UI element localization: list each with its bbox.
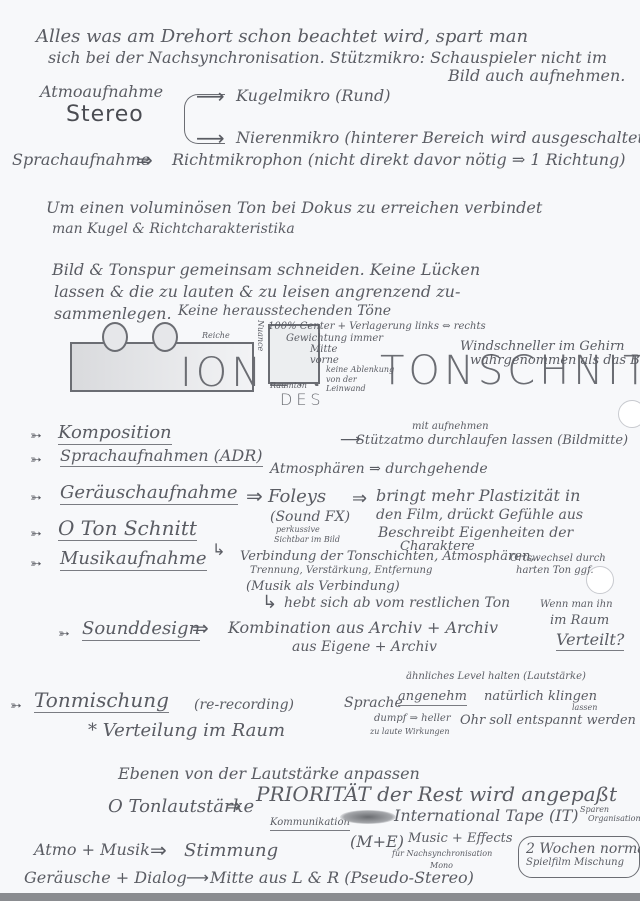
- paragraph-1-line-2: man Kugel & Richtcharakteristika: [52, 222, 295, 236]
- reiche-label: Reiche: [202, 332, 230, 340]
- for-sync-note: für Nachsynchronisation: [392, 850, 492, 858]
- connection-1: Verbindung der Tonschichten, Atmosphären…: [240, 550, 534, 563]
- no-distraction-2: von der: [326, 376, 357, 384]
- arrow-icon: ⟶: [196, 84, 225, 108]
- music-effects-note: Music + Effects: [408, 832, 513, 845]
- double-arrow-icon: ⇒: [226, 796, 241, 817]
- connection-4: hebt sich ab vom restlichen Ton: [284, 596, 510, 610]
- double-arrow-icon: ⇒: [352, 488, 367, 509]
- raumton-label: Raumton: [270, 382, 307, 390]
- no-distraction-3: Leinwand: [326, 385, 366, 393]
- noise-dialog-note: Geräusche + Dialog: [24, 870, 187, 886]
- double-arrow-icon: ⇒: [136, 148, 153, 172]
- paragraph-2-line-1: Bild & Tonspur gemeinsam schneiden. Kein…: [52, 262, 480, 278]
- stuetz-note: Stützatmo durchlaufen lassen (Bildmitte): [356, 434, 628, 447]
- pleasant-note: angenehm: [398, 690, 467, 706]
- intro-line-2: sich bei der Nachsynchronisation. Stützm…: [48, 50, 607, 66]
- foleys-label: Foleys: [268, 488, 326, 506]
- foleys-effect-3: Beschreibt Eigenheiten der: [378, 526, 573, 540]
- nuance-label: Nuance: [256, 320, 264, 351]
- atmo-option-2: Nierenmikro (hinterer Bereich wird ausge…: [236, 130, 640, 146]
- atmo-option-1: Kugelmikro (Rund): [236, 88, 390, 104]
- speech-note: Sprache: [344, 696, 403, 710]
- level-note: ähnliches Level halten (Lautstärke): [406, 672, 586, 682]
- foleys-effect-1: bringt mehr Plastizität in: [376, 488, 580, 504]
- step-marker-icon: ➳: [30, 526, 42, 542]
- sound-fx-label: (Sound FX): [270, 510, 350, 524]
- weeks-note-2: Spielfilm Mischung: [526, 858, 624, 868]
- room-question-1: Wenn man ihn: [540, 600, 613, 610]
- too-loud-note: zu laute Wirkungen: [370, 728, 450, 736]
- room-question-3: Verteilt?: [556, 632, 624, 651]
- speed-sound-1: Windschneller im Gehirn: [460, 340, 625, 353]
- international-tape-note: International Tape (IT): [394, 808, 578, 824]
- title-des: DES: [280, 390, 325, 409]
- stuetz-top-note: mit aufnehmen: [412, 422, 489, 432]
- step-o-ton-schnitt: O Ton Schnitt: [58, 518, 197, 541]
- room-question-2: im Raum: [550, 614, 609, 627]
- levels-note: Ebenen von der Lautstärke anpassen: [118, 766, 420, 782]
- step-marker-icon: ➳: [30, 490, 42, 506]
- speech-label: Sprachaufnahme: [12, 152, 150, 168]
- natural-note-1: natürlich klingen: [484, 690, 597, 703]
- step-geraeuschaufnahme: Geräuschaufnahme: [60, 484, 238, 505]
- intro-line-3: Bild auch aufnehmen.: [448, 68, 625, 84]
- sounddesign-note-2: aus Eigene + Archiv: [292, 640, 437, 654]
- priority-note: PRIORITÄT der Rest wird angepaßt: [256, 784, 617, 804]
- punch-hole: [618, 400, 640, 428]
- step-marker-icon: ➳: [58, 626, 70, 642]
- paragraph-2-line-2: lassen & die zu lauten & zu leisen angre…: [54, 284, 460, 300]
- sichtbar-label: Sichtbar im Bild: [274, 536, 340, 544]
- scan-bottom-edge: [0, 893, 640, 901]
- atmos-note: Atmosphären ⇒ durchgehende: [270, 462, 488, 476]
- hook-arrow-icon: ↳: [212, 540, 225, 559]
- step-sounddesign: Sounddesign: [82, 620, 200, 641]
- save-org-1: Sparen: [580, 806, 609, 814]
- foleys-effect-2: den Film, drückt Gefühle aus: [376, 508, 583, 522]
- stereo-label: Stereo: [66, 104, 144, 126]
- sounddesign-note-1: Kombination aus Archiv + Archiv: [228, 620, 498, 636]
- perkussive-label: perkussive: [276, 526, 320, 534]
- intro-line-1: Alles was am Drehort schon beachtet wird…: [36, 28, 528, 46]
- notebook-page: Alles was am Drehort schon beachtet wird…: [0, 0, 640, 893]
- weeks-note-1: 2 Wochen normale: [526, 842, 640, 856]
- ortswechsel-2: harten Ton ggf.: [516, 566, 594, 576]
- speech-target: Richtmikrophon (nicht direkt davor nötig…: [172, 152, 626, 168]
- double-arrow-icon: ⇒: [150, 838, 167, 862]
- kommunikation-note: Kommunikation: [270, 818, 350, 831]
- hook-arrow-icon: ↳: [262, 592, 277, 613]
- arrow-icon: ⟶: [196, 126, 225, 150]
- speed-sound-2: wahrgenommen als das Bild: [470, 354, 640, 367]
- dull-note: dumpf ⇒ heller: [374, 714, 451, 724]
- step-tonmischung: Tonmischung: [34, 690, 169, 713]
- natural-note-2: lassen: [572, 704, 597, 712]
- double-arrow-icon: ⇒: [192, 616, 209, 640]
- no-distraction-1: keine Ablenkung: [326, 366, 394, 374]
- me-note: (M+E): [350, 834, 404, 850]
- center-lr-note: Mitte aus L & R (Pseudo-Stereo): [210, 870, 474, 886]
- distribution-note: * Verteilung im Raum: [88, 722, 285, 740]
- atmo-music-note: Atmo + Musik: [34, 842, 150, 858]
- paragraph-1-line-1: Um einen voluminösen Ton bei Dokus zu er…: [46, 200, 542, 216]
- double-arrow-icon: ⇒: [246, 484, 263, 508]
- step-komposition: Komposition: [58, 424, 172, 445]
- step-sprachaufnahmen: Sprachaufnahmen (ADR): [60, 448, 263, 467]
- step-marker-icon: ➳: [10, 698, 22, 714]
- weighting-note-1: Gewichtung immer: [286, 334, 383, 344]
- pencil-smudge: [340, 810, 396, 824]
- mix-subtitle: (re-recording): [194, 698, 294, 712]
- eye-drawing: [152, 322, 178, 352]
- relax-note: Ohr soll entspannt werden: [460, 714, 636, 727]
- mood-note: Stimmung: [184, 842, 278, 860]
- atmo-label: Atmoaufnahme: [40, 84, 163, 100]
- center-note: 100% Center + Verlagerung links ⇔ rechts: [268, 322, 486, 332]
- step-musikaufnahme: Musikaufnahme: [60, 550, 207, 571]
- connection-2: Trennung, Verstärkung, Entfernung: [250, 566, 432, 576]
- save-org-2: Organisation: [588, 815, 640, 823]
- mono-note: Mono: [430, 862, 453, 870]
- step-marker-icon: ➳: [30, 556, 42, 572]
- ortswechsel-1: Ortswechsel durch: [510, 554, 606, 564]
- weighting-note-2: Mitte: [310, 345, 337, 355]
- paragraph-2-note: Keine herausstechenden Töne: [178, 304, 391, 318]
- eye-drawing: [102, 322, 128, 352]
- arrow-icon: ⟶: [186, 868, 209, 887]
- step-marker-icon: ➳: [30, 452, 42, 468]
- step-marker-icon: ➳: [30, 428, 42, 444]
